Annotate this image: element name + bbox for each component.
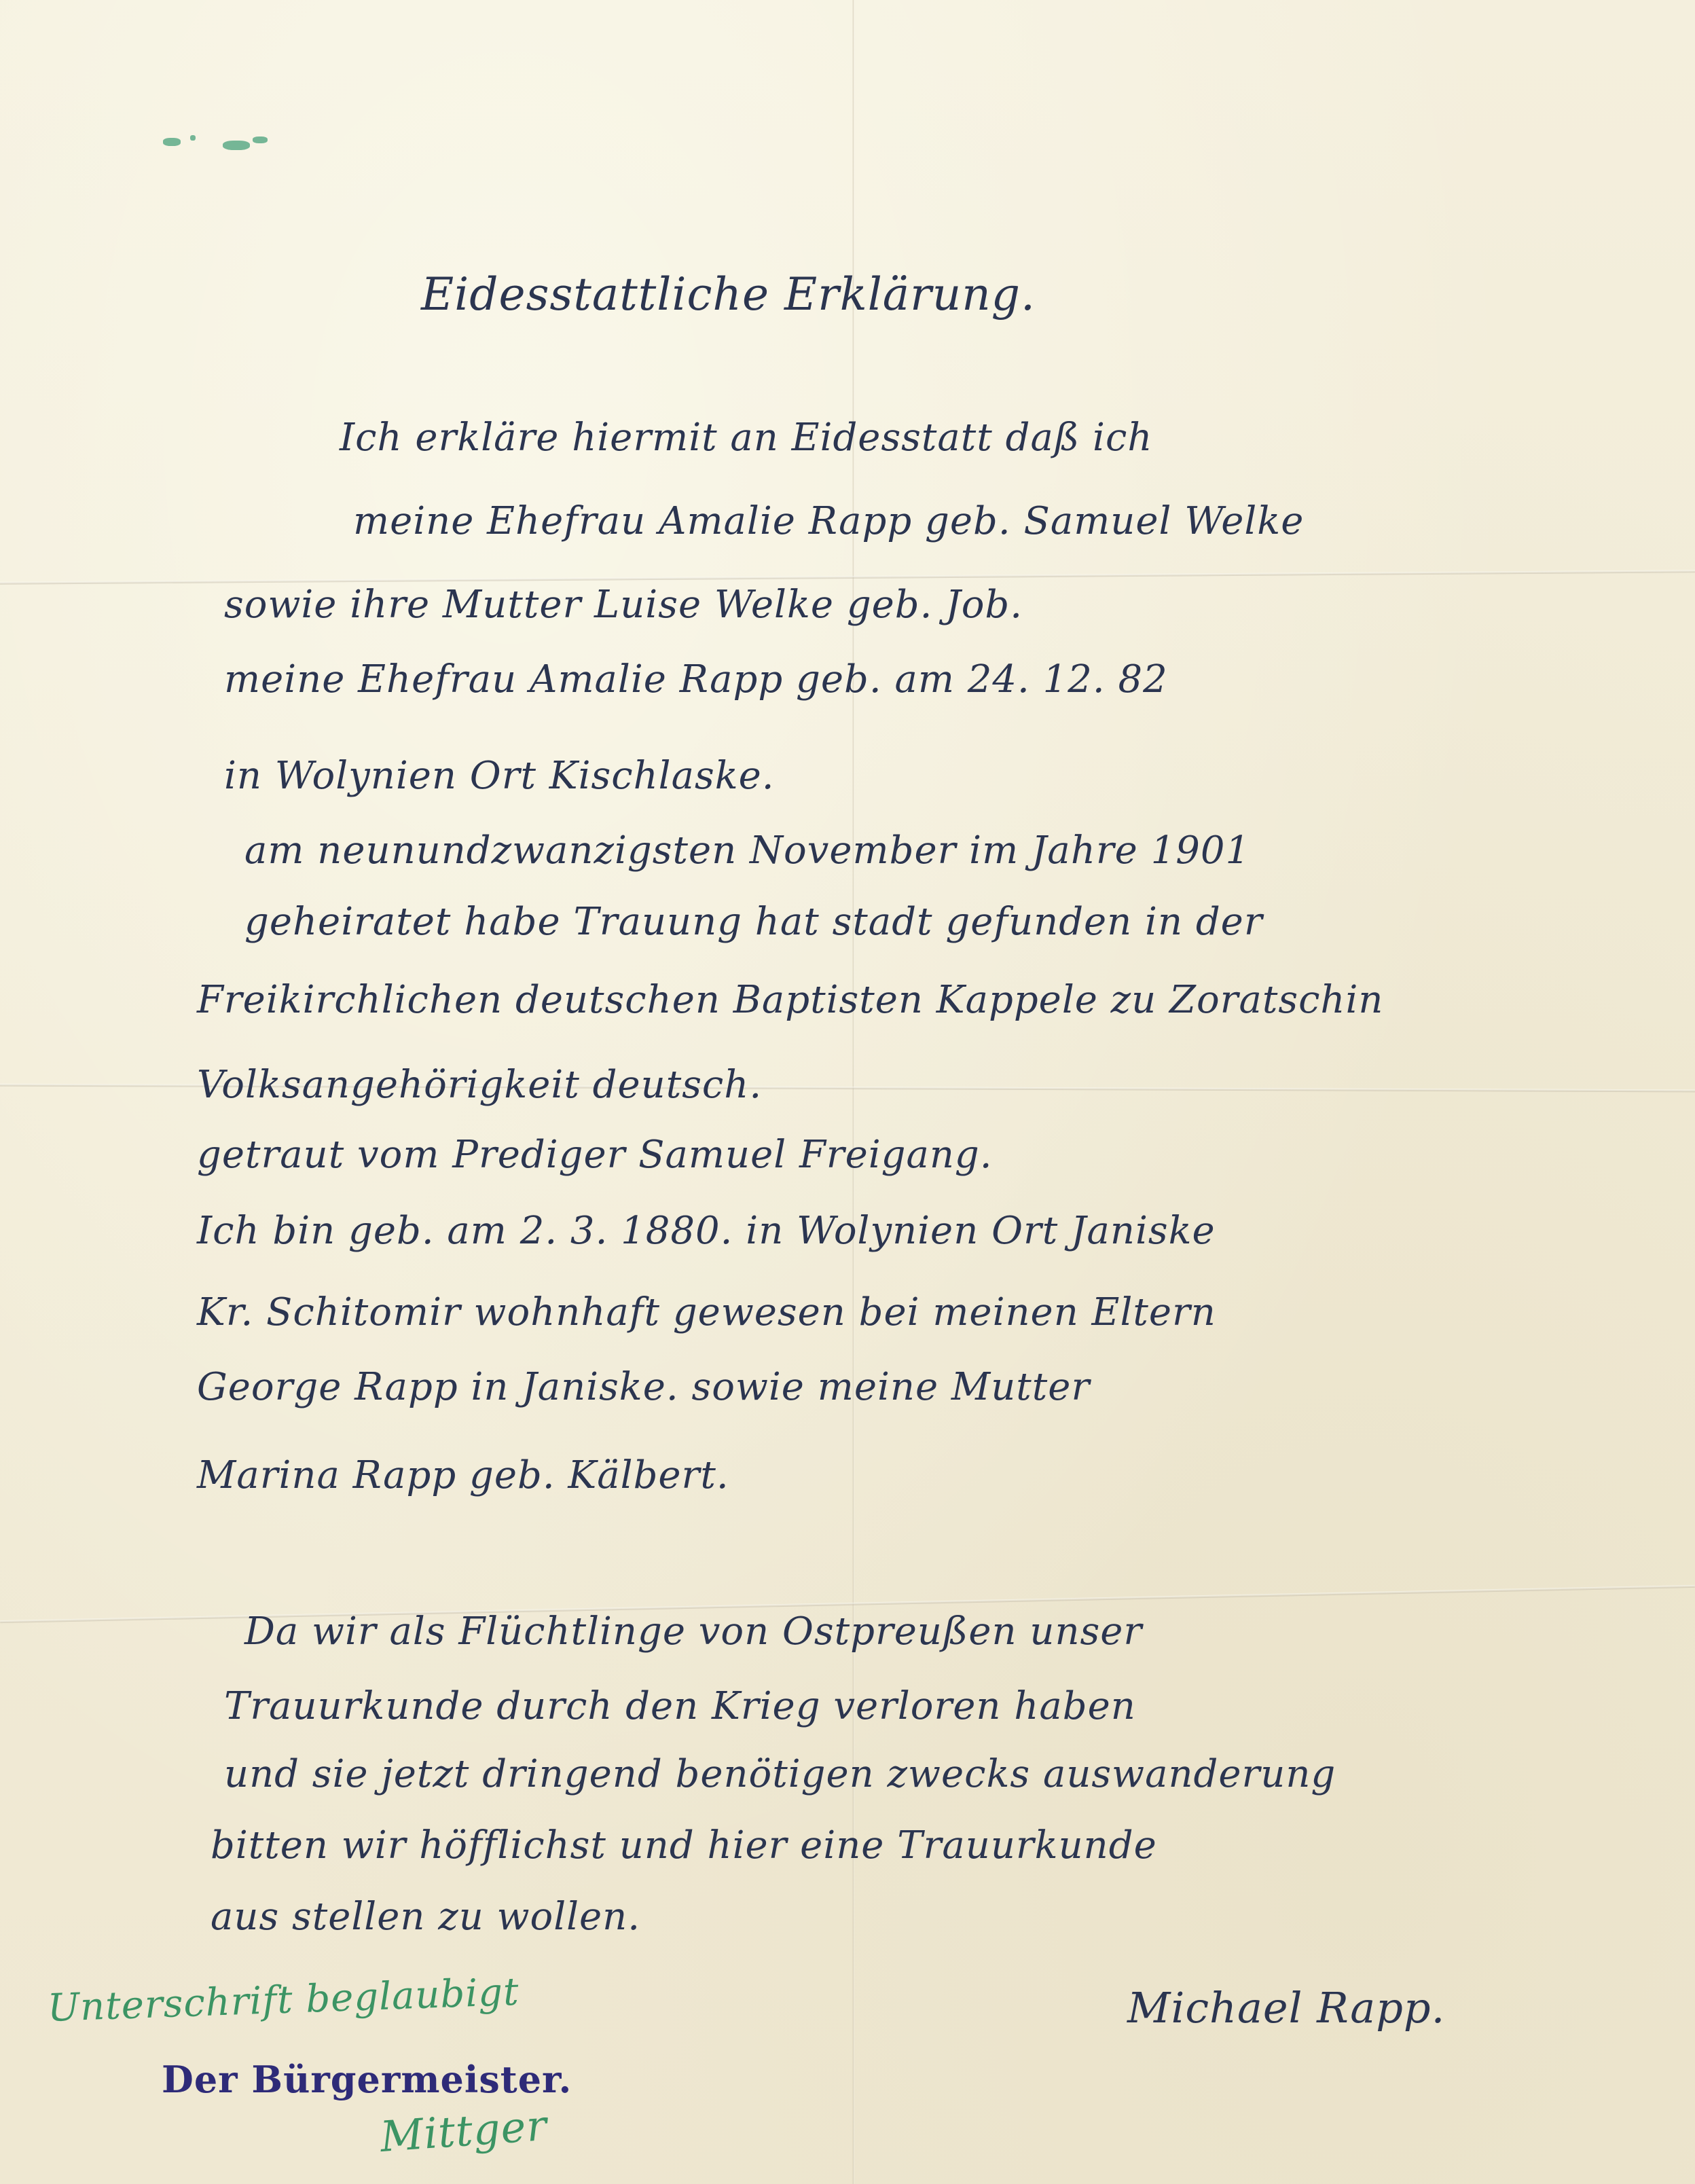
closing-line: aus stellen zu wollen.: [211, 1895, 640, 1939]
body-line: Volksangehörigkeit deutsch.: [197, 1063, 762, 1107]
document-title: Eidesstattliche Erklärung.: [421, 268, 1036, 321]
body-line: meine Ehefrau Amalie Rapp geb. am 24. 12…: [224, 657, 1168, 702]
closing-line: und sie jetzt dringend benötigen zwecks …: [224, 1752, 1336, 1796]
closing-line: Da wir als Flüchtlinge von Ostpreußen un…: [244, 1609, 1142, 1654]
body-line: Ich erkläre hiermit an Eidesstatt daß ic…: [340, 416, 1152, 460]
body-line: am neunundzwanzigsten November im Jahre …: [244, 829, 1250, 873]
body-line: Marina Rapp geb. Kälbert.: [197, 1453, 729, 1497]
body-line: sowie ihre Mutter Luise Welke geb. Job.: [224, 583, 1023, 627]
body-line: geheiratet habe Trauung hat stadt gefund…: [244, 900, 1263, 944]
closing-line: bitten wir höfflichst und hier eine Trau…: [211, 1823, 1157, 1868]
body-line: in Wolynien Ort Kischlaske.: [224, 754, 775, 798]
author-signature: Michael Rapp.: [1127, 1983, 1445, 2033]
mayor-stamp: Der Bürgermeister.: [162, 2058, 572, 2101]
body-line: meine Ehefrau Amalie Rapp geb. Samuel We…: [353, 499, 1304, 543]
body-line: getraut vom Prediger Samuel Freigang.: [197, 1133, 993, 1177]
body-line: Ich bin geb. am 2. 3. 1880. in Wolynien …: [197, 1209, 1216, 1253]
green-ink-smudge: [163, 132, 285, 153]
body-line: George Rapp in Janiske. sowie meine Mutt…: [197, 1365, 1090, 1409]
body-line: Freikirchlichen deutschen Baptisten Kapp…: [197, 978, 1383, 1022]
closing-line: Trauurkunde durch den Krieg verloren hab…: [224, 1684, 1136, 1728]
body-line: Kr. Schitomir wohnhaft gewesen bei meine…: [197, 1290, 1216, 1334]
